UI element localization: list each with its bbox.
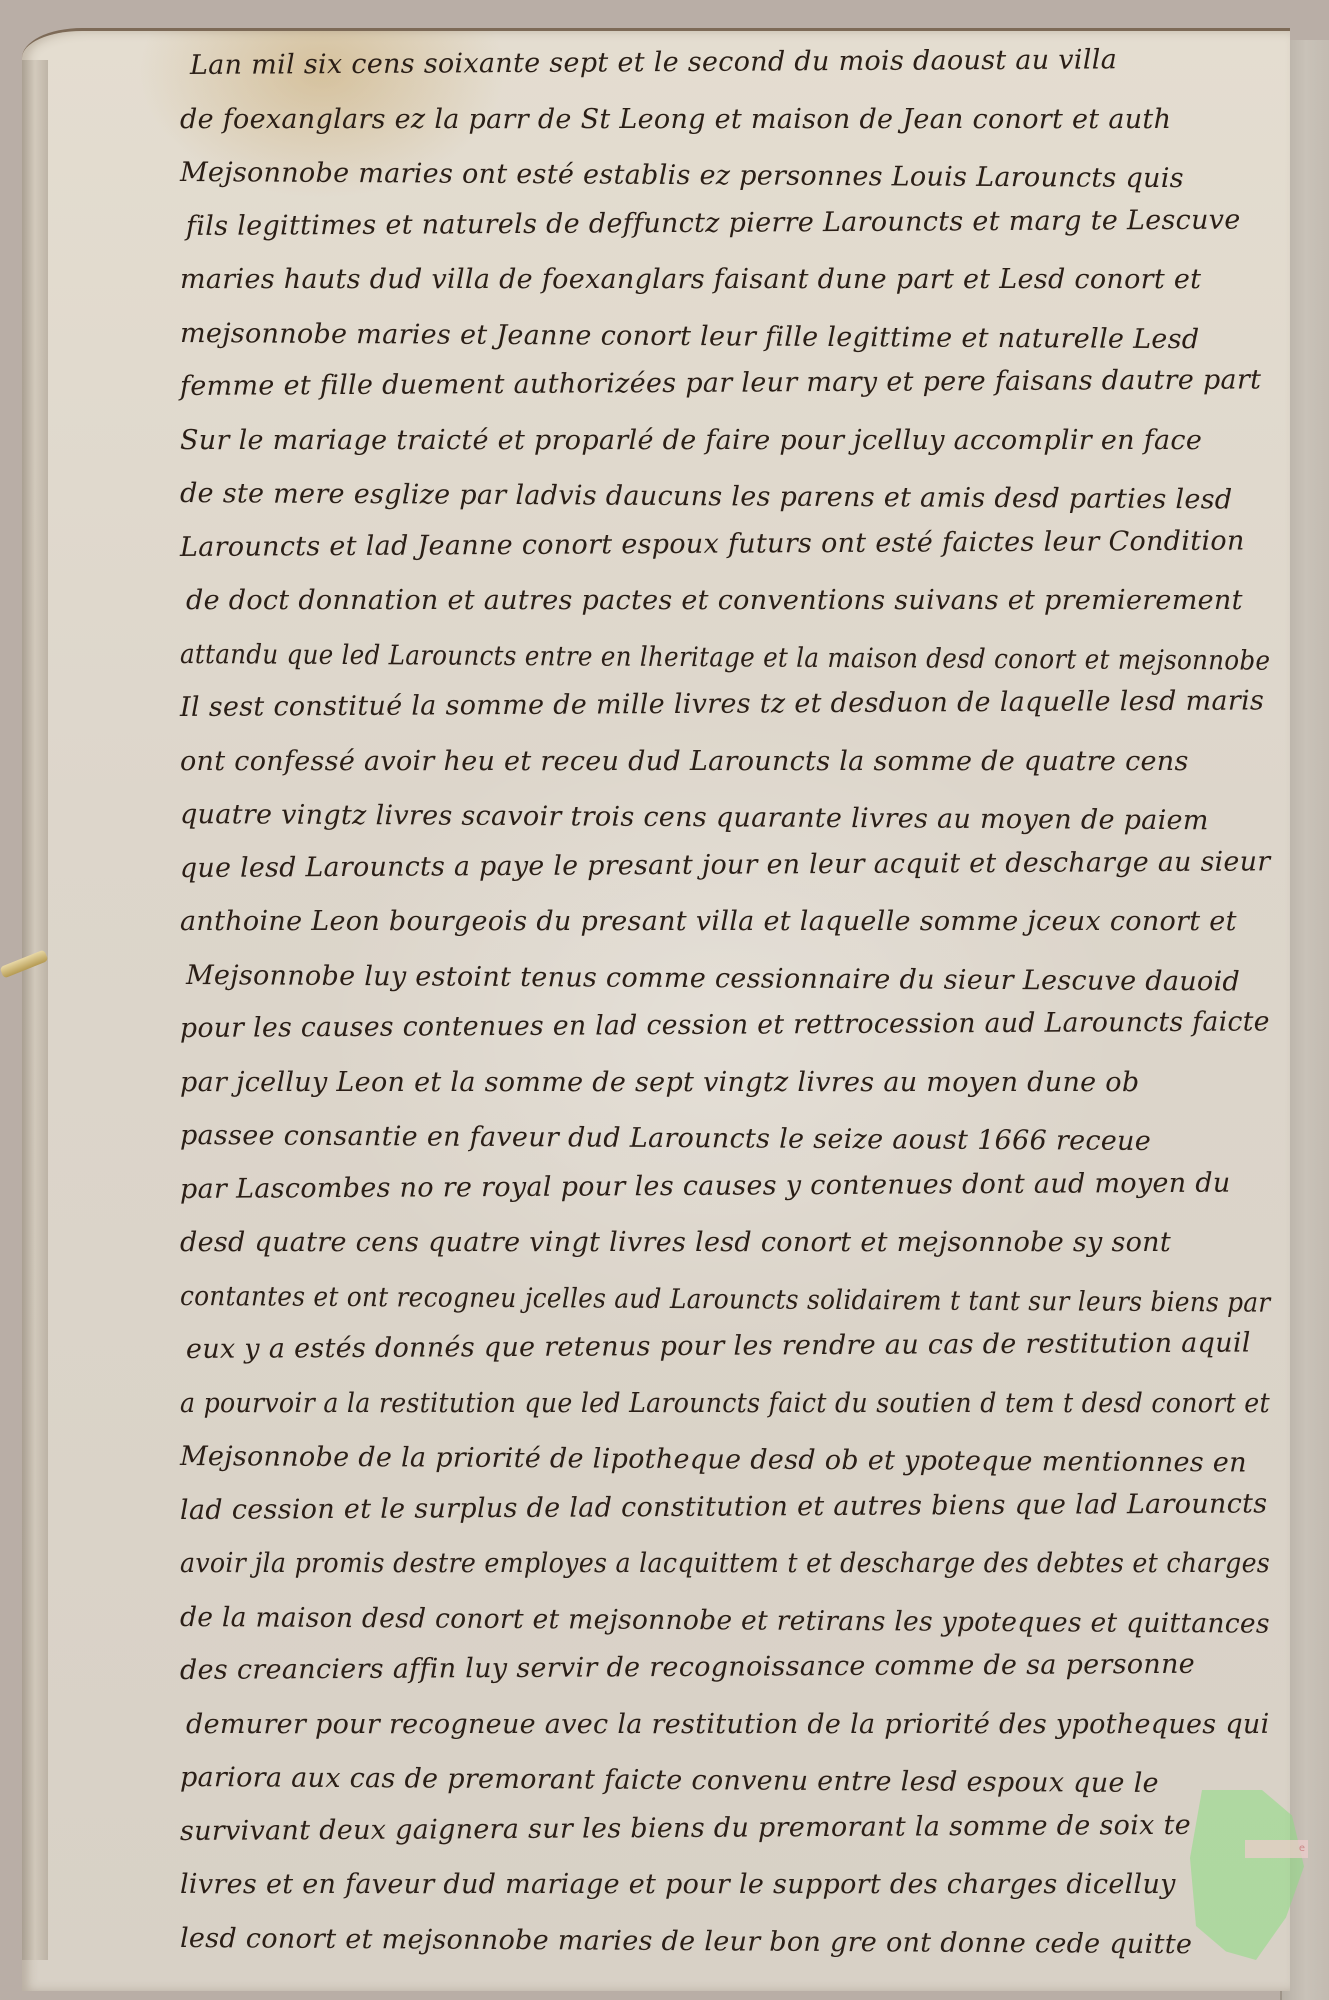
- manuscript-line: passee consantie en faveur dud Larouncts…: [180, 1120, 1151, 1157]
- manuscript-line: fils legittimes et naturels de deffunctz…: [186, 204, 1241, 241]
- manuscript-line: desd quatre cens quatre vingt livres les…: [180, 1227, 1171, 1258]
- manuscript-line: de doct donnation et autres pactes et co…: [186, 585, 1243, 616]
- manuscript-line: maries hauts dud villa de foexanglars fa…: [180, 264, 1201, 295]
- manuscript-line: Sur le mariage traicté et proparlé de fa…: [180, 425, 1202, 456]
- manuscript-line: pariora aux cas de premorant faicte conv…: [180, 1762, 1159, 1799]
- manuscript-line: mejsonnobe maries et Jeanne conort leur …: [180, 318, 1200, 355]
- manuscript-line: attandu que led Larouncts entre en lheri…: [180, 639, 1270, 677]
- manuscript-line: Mejsonnobe luy estoint tenus comme cessi…: [186, 960, 1240, 997]
- manuscript-line: quatre vingtz livres scavoir trois cens …: [180, 799, 1209, 836]
- manuscript-line: Mejsonnobe maries ont esté establis ez p…: [180, 157, 1184, 194]
- manuscript-line: livres et en faveur dud mariage et pour …: [180, 1869, 1176, 1900]
- manuscript-line: lesd conort et mejsonnobe maries de leur…: [180, 1923, 1192, 1960]
- manuscript-line: lad cession et le surplus de lad constit…: [180, 1488, 1268, 1526]
- manuscript-line: survivant deux gaignera sur les biens du…: [180, 1809, 1191, 1846]
- manuscript-line: par jcelluy Leon et la somme de sept vin…: [180, 1067, 1139, 1098]
- manuscript-line: Lan mil six cens soixante sept et le sec…: [190, 44, 1117, 81]
- manuscript-line: Larouncts et lad Jeanne conort espoux fu…: [180, 525, 1245, 563]
- page-binding-edge: [22, 60, 48, 1960]
- manuscript-line: anthoine Leon bourgeois du presant villa…: [180, 906, 1237, 937]
- manuscript-line: des creanciers affin luy servir de recog…: [180, 1649, 1195, 1686]
- manuscript-line: eux y a estés donnés que retenus pour le…: [186, 1327, 1251, 1365]
- manuscript-line: femme et fille duement authorizées par l…: [180, 364, 1261, 402]
- manuscript-line: demurer pour recogneue avec la restituti…: [186, 1709, 1270, 1740]
- manuscript-line: Mejsonnobe de la priorité de lipotheque …: [180, 1441, 1247, 1479]
- manuscript-line: a pourvoir a la restitution que led Laro…: [180, 1388, 1270, 1419]
- manuscript-line: de la maison desd conort et mejsonnobe e…: [180, 1602, 1270, 1640]
- manuscript-line: par Lascombes no re royal pour les cause…: [180, 1167, 1231, 1204]
- manuscript-line: de ste mere esglize par ladvis daucuns l…: [180, 478, 1233, 515]
- manuscript-line: de foexanglars ez la parr de St Leong et…: [180, 104, 1171, 135]
- manuscript-line: contantes et ont recogneu jcelles aud La…: [180, 1281, 1271, 1319]
- manuscript-line: ont confessé avoir heu et receu dud Laro…: [180, 746, 1189, 777]
- manuscript-line: avoir jla promis destre employes a lacqu…: [180, 1548, 1270, 1579]
- manuscript-line: que lesd Larouncts a paye le presant jou…: [180, 846, 1271, 884]
- manuscript-line: Il sest constitué la somme de mille livr…: [180, 685, 1264, 723]
- watermark-label: e: [1245, 1840, 1308, 1858]
